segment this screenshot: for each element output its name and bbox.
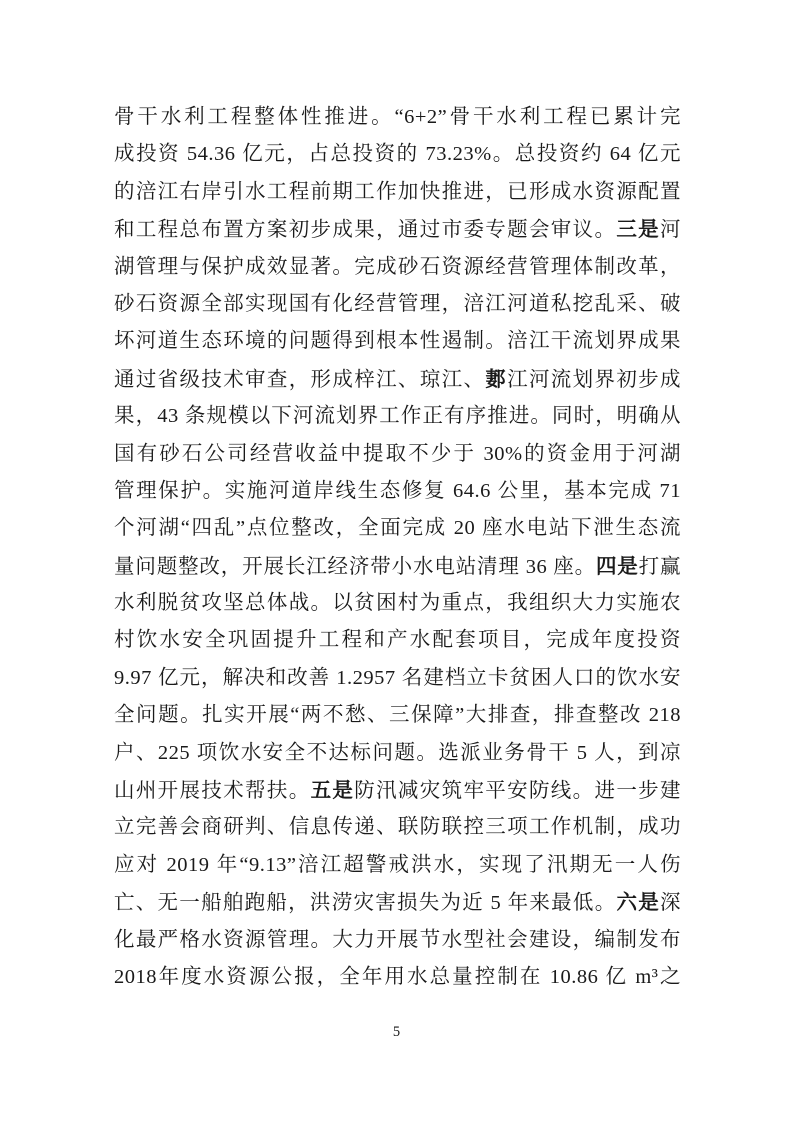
text-run: 和工程总布置方案初步成果，通过市委专题会审议。 — [114, 219, 616, 241]
text-line: 应对 2019 年“9.13”涪江超警戒洪水，实现了汛期无一人伤 — [114, 847, 681, 884]
text-run: 2018年度水资源公报，全年用水总量控制在 10.86 亿 m³之内。 — [114, 966, 681, 996]
body-text: 骨干水利工程整体性推进。“6+2”骨干水利工程已累计完成投资 54.36 亿元，… — [114, 99, 681, 996]
emphasis-run: 郪 — [485, 368, 507, 391]
text-line: 村饮水安全巩固提升工程和产水配套项目，完成年度投资 — [114, 622, 681, 659]
text-run: 江河流划界初步成 — [507, 369, 681, 391]
text-line: 水利脱贫攻坚总体战。以贫困村为重点，我组织大力实施农 — [114, 585, 681, 622]
text-run: 水利脱贫攻坚总体战。以贫困村为重点，我组织大力实施农 — [114, 592, 681, 614]
text-line: 坏河道生态环境的问题得到根本性遏制。涪江干流划界成果 — [114, 323, 681, 360]
text-line: 亡、无一船舶跑船，洪涝灾害损失为近 5 年来最低。六是深 — [114, 884, 681, 921]
text-line: 国有砂石公司经营收益中提取不少于 30%的资金用于河湖 — [114, 436, 681, 473]
text-line: 果，43 条规模以下河流划界工作正有序推进。同时，明确从 — [114, 398, 681, 435]
emphasis-run: 六是 — [616, 891, 660, 914]
text-run: 全问题。扎实开展“两不愁、三保障”大排查，排查整改 218 — [114, 704, 681, 726]
text-line: 和工程总布置方案初步成果，通过市委专题会审议。三是河 — [114, 211, 681, 248]
emphasis-run: 四是 — [596, 555, 639, 578]
text-run: 河 — [660, 219, 681, 241]
text-run: 防汛减灾筑牢平安防线。进一步建 — [354, 780, 681, 802]
text-line: 湖管理与保护成效显著。完成砂石资源经营管理体制改革， — [114, 249, 681, 286]
text-line: 全问题。扎实开展“两不愁、三保障”大排查，排查整改 218 — [114, 697, 681, 734]
text-run: 化最严格水资源管理。大力开展节水型社会建设，编制发布 — [114, 929, 681, 951]
text-line: 户、225 项饮水安全不达标问题。选派业务骨干 5 人，到凉 — [114, 735, 681, 772]
text-run: 个河湖“四乱”点位整改，全面完成 20 座水电站下泄生态流 — [114, 517, 681, 539]
text-run: 通过省级技术审查，形成梓江、琼江、 — [114, 369, 485, 391]
text-run: 成投资 54.36 亿元，占总投资的 73.23%。总投资约 64 亿元 — [114, 143, 681, 165]
emphasis-run: 三是 — [616, 218, 660, 241]
text-run: 9.97 亿元，解决和改善 1.2957 名建档立卡贫困人口的饮水安 — [114, 667, 681, 689]
text-run: 的涪江右岸引水工程前期工作加快推进，已形成水资源配置 — [114, 181, 681, 203]
text-run: 坏河道生态环境的问题得到根本性遏制。涪江干流划界成果 — [114, 330, 681, 352]
text-line: 立完善会商研判、信息传递、联防联控三项工作机制，成功 — [114, 809, 681, 846]
text-run: 深 — [660, 892, 681, 914]
page-number: 5 — [0, 1022, 793, 1042]
text-line: 化最严格水资源管理。大力开展节水型社会建设，编制发布 — [114, 922, 681, 959]
text-line: 通过省级技术审查，形成梓江、琼江、郪江河流划界初步成 — [114, 361, 681, 398]
text-run: 量问题整改，开展长江经济带小水电站清理 36 座。 — [114, 556, 596, 578]
text-run: 管理保护。实施河道岸线生态修复 64.6 公里，基本完成 71 — [114, 480, 681, 502]
text-line: 个河湖“四乱”点位整改，全面完成 20 座水电站下泄生态流 — [114, 510, 681, 547]
text-line: 山州开展技术帮扶。五是防汛减灾筑牢平安防线。进一步建 — [114, 772, 681, 809]
text-line: 的涪江右岸引水工程前期工作加快推进，已形成水资源配置 — [114, 174, 681, 211]
text-run: 砂石资源全部实现国有化经营管理，涪江河道私挖乱采、破 — [114, 293, 681, 315]
text-line: 量问题整改，开展长江经济带小水电站清理 36 座。四是打赢 — [114, 548, 681, 585]
text-line: 2018年度水资源公报，全年用水总量控制在 10.86 亿 m³之内。 — [114, 959, 681, 996]
text-line: 成投资 54.36 亿元，占总投资的 73.23%。总投资约 64 亿元 — [114, 136, 681, 173]
text-run: 打赢 — [639, 556, 681, 578]
text-run: 湖管理与保护成效显著。完成砂石资源经营管理体制改革， — [114, 256, 681, 278]
text-line: 骨干水利工程整体性推进。“6+2”骨干水利工程已累计完 — [114, 99, 681, 136]
emphasis-run: 五是 — [311, 779, 355, 802]
document-page: 骨干水利工程整体性推进。“6+2”骨干水利工程已累计完成投资 54.36 亿元，… — [0, 0, 793, 1122]
text-line: 管理保护。实施河道岸线生态修复 64.6 公里，基本完成 71 — [114, 473, 681, 510]
text-run: 村饮水安全巩固提升工程和产水配套项目，完成年度投资 — [114, 629, 681, 651]
text-run: 山州开展技术帮扶。 — [114, 780, 311, 802]
text-run: 骨干水利工程整体性推进。“6+2”骨干水利工程已累计完 — [114, 106, 681, 128]
text-run: 应对 2019 年“9.13”涪江超警戒洪水，实现了汛期无一人伤 — [114, 854, 681, 876]
text-run: 户、225 项饮水安全不达标问题。选派业务骨干 5 人，到凉 — [114, 742, 681, 764]
text-run: 亡、无一船舶跑船，洪涝灾害损失为近 5 年来最低。 — [114, 892, 616, 914]
text-run: 国有砂石公司经营收益中提取不少于 30%的资金用于河湖 — [114, 443, 681, 465]
text-line: 9.97 亿元，解决和改善 1.2957 名建档立卡贫困人口的饮水安 — [114, 660, 681, 697]
text-run: 果，43 条规模以下河流划界工作正有序推进。同时，明确从 — [114, 405, 681, 427]
text-run: 立完善会商研判、信息传递、联防联控三项工作机制，成功 — [114, 816, 681, 838]
text-line: 砂石资源全部实现国有化经营管理，涪江河道私挖乱采、破 — [114, 286, 681, 323]
